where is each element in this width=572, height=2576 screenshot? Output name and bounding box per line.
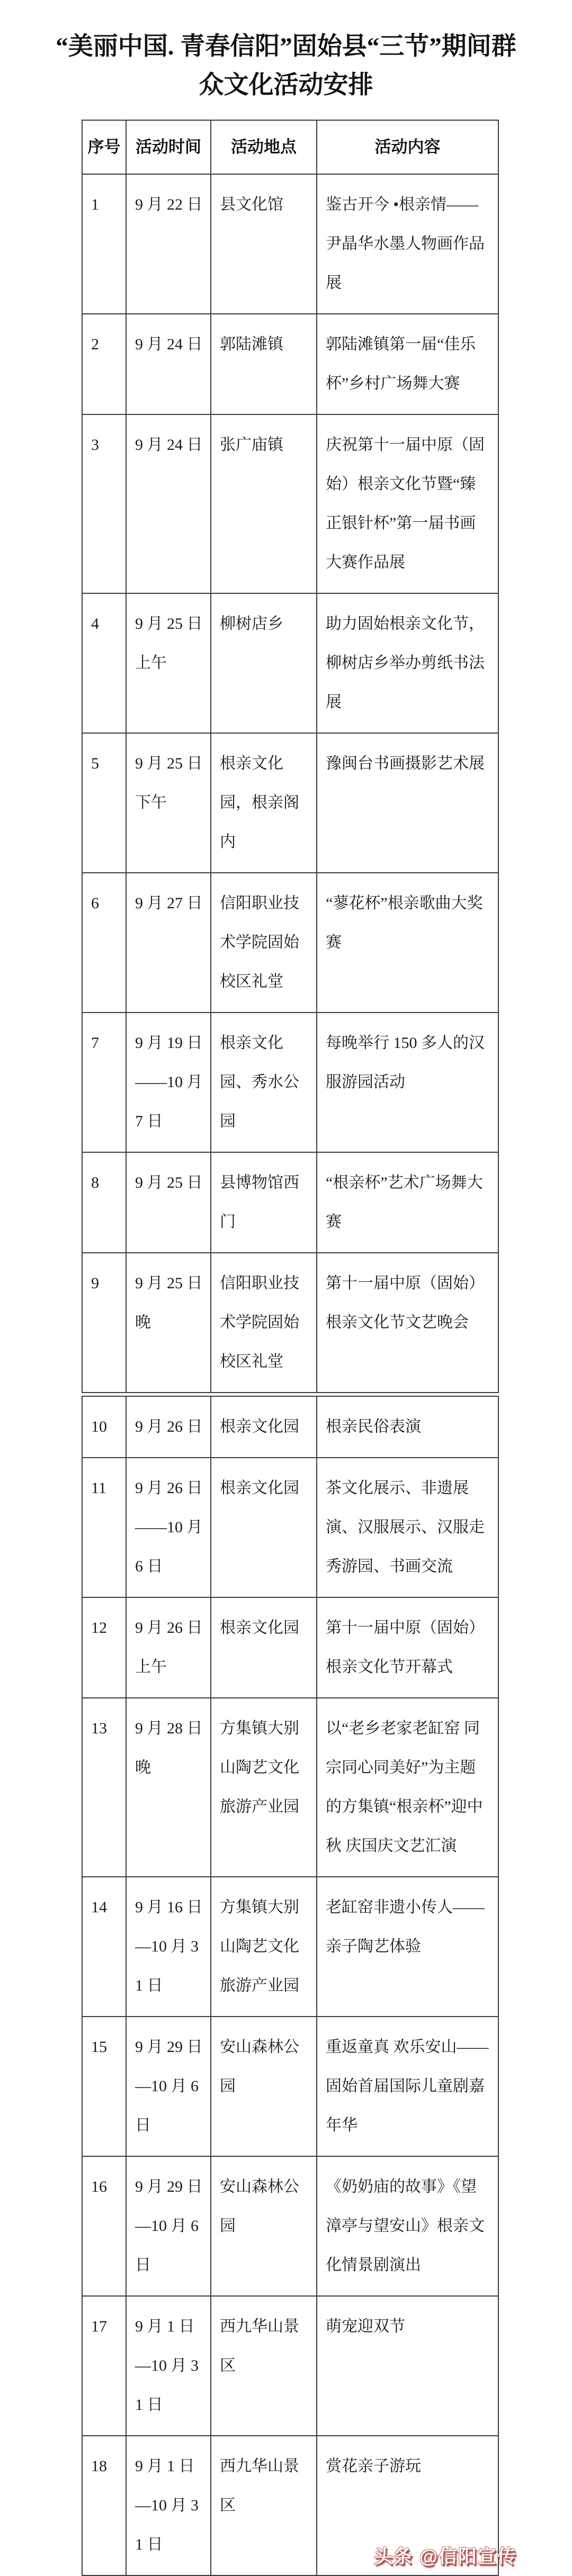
col-header-place: 活动地点 [211, 120, 317, 174]
table-row: 4 9 月 25 日上午 柳树店乡 助力固始根亲文化节，柳树店乡举办剪纸书法展 [82, 593, 498, 733]
cell-place: 安山森林公园 [211, 2017, 317, 2156]
cell-place: 县文化馆 [211, 174, 317, 314]
cell-place: 柳树店乡 [211, 593, 317, 733]
table-row: 16 9 月 29 日—10 月 6 日 安山森林公园 《奶奶庙的故事》《望漳亭… [82, 2156, 498, 2296]
cell-no: 6 [82, 873, 126, 1013]
cell-no: 13 [82, 1698, 126, 1877]
cell-time: 9 月 25 日 [126, 1152, 211, 1253]
cell-no: 2 [82, 314, 126, 414]
cell-no: 7 [82, 1013, 126, 1152]
table-row: 1 9 月 22 日 县文化馆 鉴古开今 •根亲情——尹晶华水墨人物画作品展 [82, 174, 498, 314]
col-header-no: 序号 [82, 120, 126, 174]
cell-time: 9 月 28 日晚 [126, 1698, 211, 1877]
activity-table-section-2: 10 9 月 26 日 根亲文化园 根亲民俗表演 11 9 月 26 日——10… [82, 1396, 499, 2576]
cell-no: 3 [82, 414, 126, 593]
cell-time: 9 月 29 日—10 月 6 日 [126, 2017, 211, 2156]
table-row: 7 9 月 19 日——10 月 7 日 根亲文化园、秀水公园 每晚举行 150… [82, 1013, 498, 1152]
table-header-row: 序号 活动时间 活动地点 活动内容 [82, 120, 498, 174]
cell-no: 5 [82, 733, 126, 873]
cell-content: 第十一届中原（固始）根亲文化节开幕式 [317, 1597, 498, 1698]
table-row: 15 9 月 29 日—10 月 6 日 安山森林公园 重返童真 欢乐安山—— … [82, 2017, 498, 2156]
cell-time: 9 月 16 日—10 月 31 日 [126, 1877, 211, 2017]
cell-content: 每晚举行 150 多人的汉服游园活动 [317, 1013, 498, 1152]
table-row: 2 9 月 24 日 郭陆滩镇 郭陆滩镇第一届“佳乐杯”乡村广场舞大赛 [82, 314, 498, 414]
cell-place: 方集镇大别山陶艺文化旅游产业园 [211, 1698, 317, 1877]
cell-time: 9 月 26 日——10 月 6 日 [126, 1458, 211, 1597]
table-row: 17 9 月 1 日—10 月 31 日 西九华山景区 萌宠迎双节 [82, 2296, 498, 2436]
col-header-content: 活动内容 [317, 120, 498, 174]
cell-content: “根亲杯”艺术广场舞大赛 [317, 1152, 498, 1253]
cell-time: 9 月 26 日上午 [126, 1597, 211, 1698]
activity-table-section-1: 序号 活动时间 活动地点 活动内容 1 9 月 22 日 县文化馆 鉴古开今 •… [82, 120, 499, 1393]
page-title: “美丽中国. 青春信阳”固始县“三节”期间群众文化活动安排 [53, 0, 519, 105]
table-row: 14 9 月 16 日—10 月 31 日 方集镇大别山陶艺文化旅游产业园 老缸… [82, 1877, 498, 2017]
table-row: 6 9 月 27 日 信阳职业技术学院固始校区礼堂 “蓼花杯”根亲歌曲大奖赛 [82, 873, 498, 1013]
cell-place: 信阳职业技术学院固始校区礼堂 [211, 1253, 317, 1393]
cell-no: 17 [82, 2296, 126, 2436]
cell-no: 14 [82, 1877, 126, 2017]
cell-no: 9 [82, 1253, 126, 1393]
cell-place: 根亲文化园，根亲阁内 [211, 733, 317, 873]
cell-place: 西九华山景区 [211, 2296, 317, 2436]
cell-content: 庆祝第十一届中原（固始）根亲文化节暨“臻正银针杯”第一届书画大赛作品展 [317, 414, 498, 593]
cell-place: 根亲文化园 [211, 1396, 317, 1458]
cell-time: 9 月 24 日 [126, 314, 211, 414]
cell-time: 9 月 1 日—10 月 31 日 [126, 2296, 211, 2436]
cell-content: 重返童真 欢乐安山—— 固始首届国际儿童剧嘉年华 [317, 2017, 498, 2156]
cell-no: 1 [82, 174, 126, 314]
cell-time: 9 月 29 日—10 月 6 日 [126, 2156, 211, 2296]
cell-no: 18 [82, 2436, 126, 2575]
cell-place: 根亲文化园 [211, 1458, 317, 1597]
table-row: 13 9 月 28 日晚 方集镇大别山陶艺文化旅游产业园 以“老乡老家老缸窑 同… [82, 1698, 498, 1877]
cell-content: 第十一届中原（固始）根亲文化节文艺晚会 [317, 1253, 498, 1393]
cell-place: 根亲文化园、秀水公园 [211, 1013, 317, 1152]
cell-content: 以“老乡老家老缸窑 同宗同心同美好”为主题的方集镇“根亲杯”迎中秋 庆国庆文艺汇… [317, 1698, 498, 1877]
toutiao-watermark: 头条 @信阳宣传 [374, 2542, 517, 2569]
cell-no: 11 [82, 1458, 126, 1597]
cell-time: 9 月 19 日——10 月 7 日 [126, 1013, 211, 1152]
cell-time: 9 月 26 日 [126, 1396, 211, 1458]
document-page: “美丽中国. 青春信阳”固始县“三节”期间群众文化活动安排 序号 活动时间 活动… [0, 0, 572, 2576]
cell-place: 张广庙镇 [211, 414, 317, 593]
cell-no: 12 [82, 1597, 126, 1698]
cell-no: 8 [82, 1152, 126, 1253]
table-row: 12 9 月 26 日上午 根亲文化园 第十一届中原（固始）根亲文化节开幕式 [82, 1597, 498, 1698]
cell-content: 茶文化展示、非遗展演、汉服展示、汉服走秀游园、书画交流 [317, 1458, 498, 1597]
cell-time: 9 月 25 日晚 [126, 1253, 211, 1393]
cell-place: 方集镇大别山陶艺文化旅游产业园 [211, 1877, 317, 2017]
cell-place: 根亲文化园 [211, 1597, 317, 1698]
cell-content: “蓼花杯”根亲歌曲大奖赛 [317, 873, 498, 1013]
table-row: 8 9 月 25 日 县博物馆西门 “根亲杯”艺术广场舞大赛 [82, 1152, 498, 1253]
cell-content: 萌宠迎双节 [317, 2296, 498, 2436]
cell-content: 《奶奶庙的故事》《望漳亭与望安山》根亲文化情景剧演出 [317, 2156, 498, 2296]
cell-content: 郭陆滩镇第一届“佳乐杯”乡村广场舞大赛 [317, 314, 498, 414]
table-row: 5 9 月 25 日下午 根亲文化园，根亲阁内 豫闽台书画摄影艺术展 [82, 733, 498, 873]
cell-time: 9 月 22 日 [126, 174, 211, 314]
cell-content: 根亲民俗表演 [317, 1396, 498, 1458]
cell-place: 县博物馆西门 [211, 1152, 317, 1253]
cell-content: 鉴古开今 •根亲情——尹晶华水墨人物画作品展 [317, 174, 498, 314]
table-row: 10 9 月 26 日 根亲文化园 根亲民俗表演 [82, 1396, 498, 1458]
cell-place: 安山森林公园 [211, 2156, 317, 2296]
cell-place: 信阳职业技术学院固始校区礼堂 [211, 873, 317, 1013]
cell-time: 9 月 25 日上午 [126, 593, 211, 733]
cell-no: 16 [82, 2156, 126, 2296]
cell-time: 9 月 1 日—10 月 31 日 [126, 2436, 211, 2575]
cell-place: 郭陆滩镇 [211, 314, 317, 414]
cell-place: 西九华山景区 [211, 2436, 317, 2575]
cell-content: 助力固始根亲文化节，柳树店乡举办剪纸书法展 [317, 593, 498, 733]
cell-time: 9 月 25 日下午 [126, 733, 211, 873]
cell-time: 9 月 24 日 [126, 414, 211, 593]
table-row: 3 9 月 24 日 张广庙镇 庆祝第十一届中原（固始）根亲文化节暨“臻正银针杯… [82, 414, 498, 593]
cell-content: 豫闽台书画摄影艺术展 [317, 733, 498, 873]
table-row: 9 9 月 25 日晚 信阳职业技术学院固始校区礼堂 第十一届中原（固始）根亲文… [82, 1253, 498, 1393]
cell-content: 老缸窑非遗小传人——亲子陶艺体验 [317, 1877, 498, 2017]
cell-no: 15 [82, 2017, 126, 2156]
col-header-time: 活动时间 [126, 120, 211, 174]
cell-no: 10 [82, 1396, 126, 1458]
table-row: 11 9 月 26 日——10 月 6 日 根亲文化园 茶文化展示、非遗展演、汉… [82, 1458, 498, 1597]
cell-time: 9 月 27 日 [126, 873, 211, 1013]
cell-no: 4 [82, 593, 126, 733]
